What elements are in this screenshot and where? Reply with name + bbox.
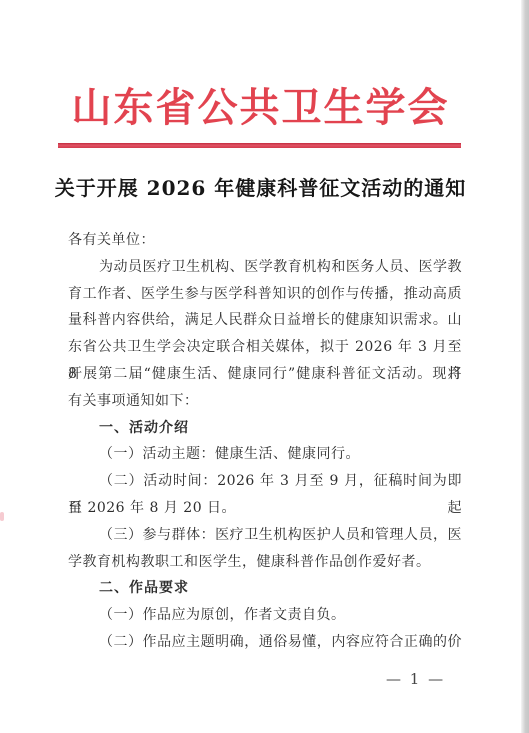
body-line: （二）作品应主题明确，通俗易懂，内容应符合正确的价: [68, 629, 462, 656]
letterhead-org-name: 山东省公共卫生学会: [0, 82, 521, 134]
body-line: （二）活动时间：2026 年 3 月至 9 月，征稿时间为即日起: [68, 468, 462, 495]
document-page: 山东省公共卫生学会 关于开展 2026 年健康科普征文活动的通知 各有关单位： …: [0, 0, 529, 733]
body-line: （一）活动主题：健康生活、健康同行。: [68, 441, 462, 468]
scan-edge-shadow: [521, 0, 529, 733]
page-number: — 1 —: [386, 669, 445, 689]
section-heading-1: 一、活动介绍: [68, 415, 462, 442]
body-line: 育工作者、医学生参与医学科普知识的创作与传播，推动高质: [68, 281, 462, 308]
body-line: 为动员医疗卫生机构、医学教育机构和医务人员、医学教: [68, 254, 462, 281]
section-heading-2: 二、作品要求: [68, 575, 462, 602]
body-line: 有关事项通知如下：: [68, 388, 462, 415]
letterhead-divider-rule: [58, 143, 461, 148]
body-line: 量科普内容供给，满足人民群众日益增长的健康知识需求。山: [68, 307, 462, 334]
body-line: 开展第二届“健康生活、健康同行”健康科普征文活动。现将: [68, 361, 462, 388]
body-line: 学教育机构教职工和医学生，健康科普作品创作爱好者。: [68, 549, 462, 576]
notice-body: 各有关单位： 为动员医疗卫生机构、医学教育机构和医务人员、医学教 育工作者、医学…: [68, 227, 462, 656]
body-line: （三）参与群体：医疗卫生机构医护人员和管理人员，医: [68, 522, 462, 549]
body-line-salutation: 各有关单位：: [68, 227, 462, 254]
notice-title: 关于开展 2026 年健康科普征文活动的通知: [0, 171, 521, 205]
body-line: （一）作品应为原创，作者文责自负。: [68, 602, 462, 629]
body-line: 东省公共卫生学会决定联合相关媒体，拟于 2026 年 3 月至 8 月: [68, 334, 462, 361]
scan-artifact-smudge: [0, 512, 4, 521]
